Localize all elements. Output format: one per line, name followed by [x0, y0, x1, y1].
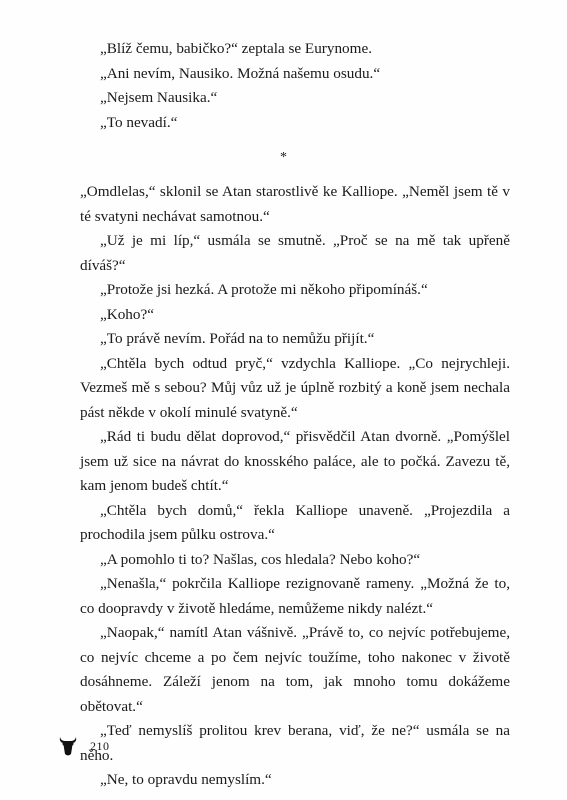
paragraph: „Chtěla bych odtud pryč,“ vzdychla Kalli… [80, 352, 510, 426]
page-footer: 210 [58, 735, 110, 757]
dialogue-line: „To nevadí.“ [80, 111, 510, 136]
paragraph: „Chtěla bych domů,“ řekla Kalliope unave… [80, 499, 510, 548]
paragraph: „Koho?“ [80, 303, 510, 328]
paragraph: „Ne, to opravdu nemyslím.“ [80, 768, 510, 793]
paragraph: „Naopak,“ namítl Atan vášnivě. „Právě to… [80, 621, 510, 719]
paragraph: „Rád ti budu dělat doprovod,“ přisvědčil… [80, 425, 510, 499]
paragraph: „To právě nevím. Pořád na to nemůžu přij… [80, 327, 510, 352]
paragraph: „Omdlelas,“ sklonil se Atan starostlivě … [80, 180, 510, 229]
dialogue-line: „Ani nevím, Nausiko. Možná našemu osudu.… [80, 62, 510, 87]
section-separator: * [0, 150, 567, 166]
paragraph: „Už je mi líp,“ usmála se smutně. „Proč … [80, 229, 510, 278]
paragraph: „Teď nemyslíš prolitou krev berana, viď,… [80, 719, 510, 768]
paragraph: „Nenašla,“ pokrčila Kalliope rezignovaně… [80, 572, 510, 621]
paragraph: „Protože jsi hezká. A protože mi někoho … [80, 278, 510, 303]
top-dialogue: „Blíž čemu, babičko?“ zeptala se Eurynom… [80, 37, 510, 135]
paragraph: „A pomohlo ti to? Našlas, cos hledala? N… [80, 548, 510, 573]
bull-head-icon [58, 735, 78, 757]
page-number: 210 [90, 739, 110, 754]
main-text: „Omdlelas,“ sklonil se Atan starostlivě … [80, 180, 510, 793]
dialogue-line: „Nejsem Nausika.“ [80, 86, 510, 111]
dialogue-line: „Blíž čemu, babičko?“ zeptala se Eurynom… [80, 37, 510, 62]
book-page: „Blíž čemu, babičko?“ zeptala se Eurynom… [0, 0, 567, 800]
